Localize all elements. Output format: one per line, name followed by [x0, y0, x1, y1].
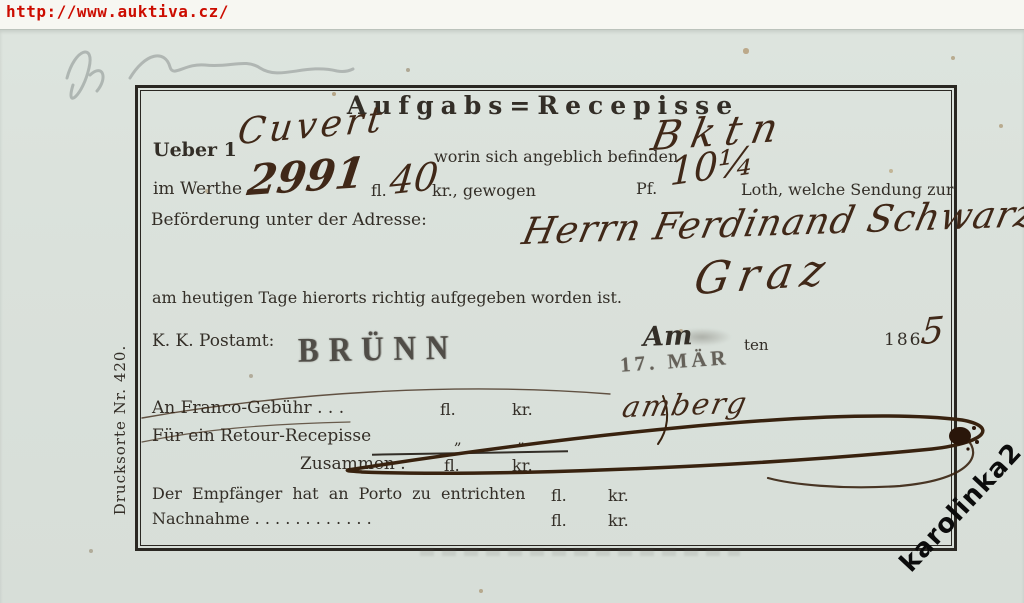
ueber-label: Ueber 1 — [153, 139, 237, 161]
handwritten-signature: amberg — [619, 386, 751, 425]
printed-year: 186 — [884, 330, 922, 350]
postamt-label: K. K. Postamt: — [152, 331, 274, 351]
drucksorte-label: Drucksorte Nr. 420. — [111, 330, 129, 530]
signature-flourish — [140, 378, 1010, 518]
paper-specks — [0, 30, 2, 32]
handwritten-value-fl: 2991 — [245, 148, 369, 206]
pf-label: Pf. — [636, 179, 657, 198]
handwritten-year-digit: 5 — [919, 310, 945, 353]
worin-label: worin sich angeblich befinden — [434, 147, 678, 166]
print-showthrough — [420, 548, 740, 556]
adresse-label: Beförderung unter der Adresse: — [151, 210, 427, 230]
post-office-stamp: BRÜNN — [298, 327, 459, 370]
aufgegeben-label: am heutigen Tage hierorts richtig aufgeg… — [152, 288, 622, 307]
kr-gewogen-label: kr., gewogen — [432, 181, 536, 200]
date-suffix-label: ten — [744, 336, 769, 354]
scanned-postal-receipt: http://www.auktiva.cz/ Aufgabs=Recepisse… — [0, 0, 1024, 603]
werthe-label: im Werthe — [153, 179, 242, 199]
fl-label: fl. — [371, 181, 387, 200]
handwritten-destination: Graz — [690, 244, 836, 305]
auction-site-url: http://www.auktiva.cz/ — [6, 2, 229, 21]
